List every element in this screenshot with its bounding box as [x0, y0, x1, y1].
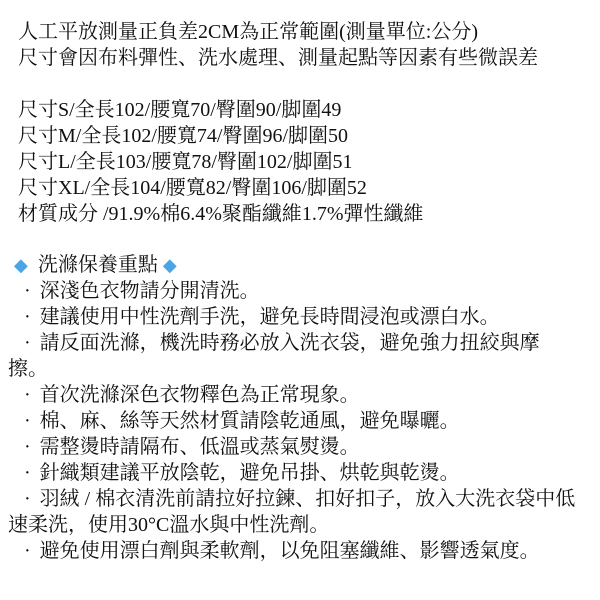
bullet-icon: ·: [24, 384, 31, 406]
diamond-icon: ◆: [163, 252, 177, 278]
care-item: ·針織類建議平放陰乾，避免吊掛、烘乾與乾燙。: [8, 460, 576, 486]
measurement-note-line-1: 人工平放測量正負差2CM為正常範圍(測量單位:公分): [8, 19, 576, 45]
care-item-text: 棉、麻、絲等天然材質請陰乾通風，避免曝曬。: [40, 410, 460, 432]
size-row-xl: 尺寸XL/全長104/腰寬82/臀圍106/脚圍52: [8, 175, 576, 201]
care-item-text: 避免使用漂白劑與柔軟劑，以免阻塞纖維、影響透氣度。: [40, 540, 540, 562]
care-title-text: 洗滌保養重點: [38, 254, 158, 276]
care-item-text: 建議使用中性洗劑手洗，避免長時間浸泡或漂白水。: [40, 306, 500, 328]
bullet-icon: ·: [24, 332, 31, 354]
care-section-title: ◆洗滌保養重點◆: [8, 252, 576, 278]
care-item-text: 針織類建議平放陰乾，避免吊掛、烘乾與乾燙。: [40, 462, 460, 484]
bullet-icon: ·: [24, 462, 31, 484]
measurement-note: 人工平放測量正負差2CM為正常範圍(測量單位:公分) 尺寸會因布料彈性、洗水處理…: [8, 19, 576, 71]
care-instruction-list: ·深淺色衣物請分開清洗。 ·建議使用中性洗劑手洗，避免長時間浸泡或漂白水。 ·請…: [8, 278, 576, 564]
care-item: ·建議使用中性洗劑手洗，避免長時間浸泡或漂白水。: [8, 304, 576, 330]
care-item-text: 羽絨 / 棉衣清洗前請拉好拉鍊、扣好扣子，放入大洗衣袋中低速柔洗，使用30°C溫…: [8, 488, 575, 536]
size-row-s: 尺寸S/全長102/腰寬70/臀圍90/脚圍49: [8, 97, 576, 123]
care-item: ·深淺色衣物請分開清洗。: [8, 278, 576, 304]
material-composition-line: 材質成分 /91.9%棉6.4%聚酯纖維1.7%彈性纖維: [8, 201, 576, 227]
care-item: ·請反面洗滌，機洗時務必放入洗衣袋，避免強力扭絞與摩擦。: [8, 330, 576, 382]
care-item-text: 首次洗滌深色衣物釋色為正常現象。: [40, 384, 360, 406]
care-item: ·羽絨 / 棉衣清洗前請拉好拉鍊、扣好扣子，放入大洗衣袋中低速柔洗，使用30°C…: [8, 486, 576, 538]
care-item: ·避免使用漂白劑與柔軟劑，以免阻塞纖維、影響透氣度。: [8, 538, 576, 564]
care-item-text: 需整燙時請隔布、低溫或蒸氣熨燙。: [40, 436, 360, 458]
bullet-icon: ·: [24, 410, 31, 432]
bullet-icon: ·: [24, 436, 31, 458]
measurement-note-line-2: 尺寸會因布料彈性、洗水處理、測量起點等因素有些微誤差: [8, 45, 576, 71]
bullet-icon: ·: [24, 488, 31, 510]
care-item-text: 請反面洗滌，機洗時務必放入洗衣袋，避免強力扭絞與摩擦。: [8, 332, 540, 380]
diamond-icon: ◆: [14, 252, 28, 278]
care-item: ·需整燙時請隔布、低溫或蒸氣熨燙。: [8, 434, 576, 460]
bullet-icon: ·: [24, 540, 31, 562]
care-item: ·首次洗滌深色衣物釋色為正常現象。: [8, 382, 576, 408]
size-chart: 尺寸S/全長102/腰寬70/臀圍90/脚圍49 尺寸M/全長102/腰寬74/…: [8, 97, 576, 227]
size-row-m: 尺寸M/全長102/腰寬74/臀圍96/脚圍50: [8, 123, 576, 149]
bullet-icon: ·: [24, 306, 31, 328]
bullet-icon: ·: [24, 280, 31, 302]
care-item: ·棉、麻、絲等天然材質請陰乾通風，避免曝曬。: [8, 408, 576, 434]
product-care-document: 人工平放測量正負差2CM為正常範圍(測量單位:公分) 尺寸會因布料彈性、洗水處理…: [0, 0, 584, 564]
care-item-text: 深淺色衣物請分開清洗。: [40, 280, 260, 302]
size-row-l: 尺寸L/全長103/腰寬78/臀圍102/脚圍51: [8, 149, 576, 175]
